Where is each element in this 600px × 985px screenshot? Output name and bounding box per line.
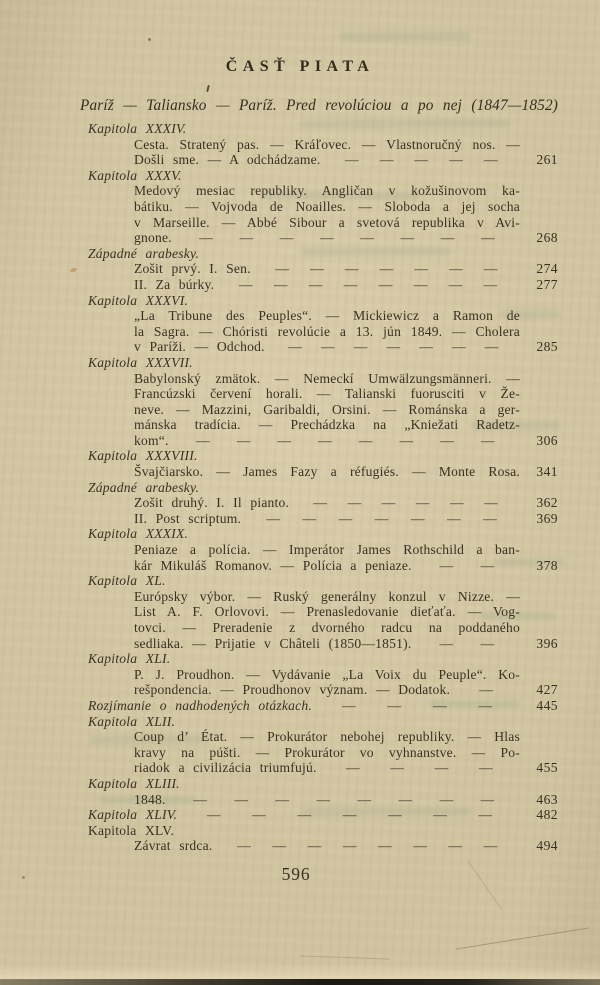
- toc-heading-line: Kapitola XLIV.———————482: [88, 807, 558, 823]
- leader-dash: —: [196, 433, 210, 449]
- page-edge-shadow: [0, 979, 600, 985]
- leader-dash: —: [414, 152, 428, 168]
- toc-heading-line: Kapitola XXXVIII.: [88, 448, 558, 464]
- toc-body-line: gnone.————————268: [88, 230, 558, 246]
- toc-line-text: Švajčiarsko. — James Fazy a réfugiés. — …: [134, 464, 520, 480]
- toc-line-text: Francúzski červení horali. — Talianski f…: [134, 386, 520, 402]
- leader-dash: —: [266, 511, 280, 527]
- leader-dash: —: [440, 792, 454, 808]
- leader-dash: —: [234, 792, 248, 808]
- dash-leader: ——————: [289, 495, 520, 511]
- toc-page-number: 369: [520, 511, 558, 527]
- leader-dash: —: [345, 261, 359, 277]
- leader-dash: —: [414, 277, 428, 293]
- dash-leader: ————————: [169, 433, 520, 449]
- ink-speck: [148, 38, 151, 41]
- toc-line-text: gnone.: [134, 230, 172, 246]
- leader-dash: —: [414, 261, 428, 277]
- leader-dash: —: [479, 682, 493, 698]
- toc-page-number: 482: [520, 807, 558, 823]
- dash-leader: ————————: [213, 838, 521, 854]
- toc-body-line: List A. F. Orlovovi. — Prenasledovanie d…: [88, 604, 558, 620]
- toc-line-text: Coup d’ État. — Prokurátor nebohej repub…: [134, 729, 520, 745]
- leader-dash: —: [484, 152, 498, 168]
- leader-dash: —: [435, 760, 449, 776]
- leader-dash: —: [382, 495, 396, 511]
- toc-line-text: Zošit druhý. I. Il pianto.: [134, 495, 289, 511]
- leader-dash: —: [439, 636, 453, 652]
- toc-line-text: Babylonský zmätok. — Nemeckí Umwälzungsm…: [134, 371, 520, 387]
- toc-page-number: 274: [520, 261, 558, 277]
- toc-heading-line: Západné arabesky.: [88, 480, 558, 496]
- toc-line-text: v Paríži. — Odchod.: [134, 339, 265, 355]
- leader-dash: —: [199, 230, 213, 246]
- leader-dash: —: [401, 230, 415, 246]
- toc-body-line: riadok a civilizácia triumfujú.————455: [88, 760, 558, 776]
- toc-page-number: 455: [520, 760, 558, 776]
- dash-leader: ————————: [172, 230, 520, 246]
- toc-page-number: 463: [520, 792, 558, 808]
- toc-body-line: sedliaka. — Prijatie v Châteli (1850—185…: [88, 636, 558, 652]
- toc-line-text: bátiku. — Vojvoda de Noailles. — Sloboda…: [134, 199, 520, 215]
- leader-dash: —: [481, 558, 495, 574]
- leader-dash: —: [313, 495, 327, 511]
- toc-line-text: Kapitola XLI.: [88, 651, 170, 667]
- leader-dash: —: [481, 433, 495, 449]
- toc-body-line: Došli sme. — A odchádzame.—————261: [88, 152, 558, 168]
- leader-dash: —: [348, 495, 362, 511]
- toc-body-line: Cesta. Stratený pas. — Kráľovec. — Vlast…: [88, 137, 558, 153]
- toc-page-number: 285: [520, 339, 558, 355]
- toc-line-text: Kapitola XXXVII.: [88, 355, 193, 371]
- toc-page-number: 306: [520, 433, 558, 449]
- ink-speck: [206, 85, 210, 92]
- leader-dash: —: [416, 495, 430, 511]
- toc-body-line: kom“.————————306: [88, 433, 558, 449]
- dash-leader: ———————: [241, 511, 520, 527]
- showthrough-smudge: [340, 32, 470, 41]
- leader-dash: —: [387, 339, 401, 355]
- toc-line-text: Kapitola XXXVIII.: [88, 448, 198, 464]
- toc-line-text: rešpondencia. — Proudhonov význam. — Dod…: [134, 682, 450, 698]
- toc-body-line: 1848.————————463: [88, 792, 558, 808]
- toc-line-text: tovci. — Preradenie z dvorného radcu na …: [134, 620, 520, 636]
- toc-line-text: Kapitola XLIV.: [88, 807, 177, 823]
- leader-dash: —: [297, 807, 311, 823]
- toc-body-line: v Marseille. — Abbé Sibour a svetová rep…: [88, 215, 558, 231]
- leader-dash: —: [380, 152, 394, 168]
- toc-line-text: riadok a civilizácia triumfujú.: [134, 760, 317, 776]
- leader-dash: —: [479, 760, 493, 776]
- leader-dash: —: [481, 792, 495, 808]
- toc-heading-line: Západné arabesky.: [88, 246, 558, 262]
- leader-dash: —: [318, 433, 332, 449]
- leader-dash: —: [388, 807, 402, 823]
- leader-dash: —: [441, 230, 455, 246]
- toc-line-text: Kapitola XLIII.: [88, 776, 180, 792]
- leader-dash: —: [278, 433, 292, 449]
- leader-dash: —: [354, 339, 368, 355]
- toc-line-text: Zošit prvý. I. Sen.: [134, 261, 251, 277]
- leader-dash: —: [413, 838, 427, 854]
- page-edge-highlight: [0, 964, 600, 980]
- toc-line-text: kravy na púšti. — Prokurátor vo vyhnanst…: [134, 745, 520, 761]
- leader-dash: —: [484, 277, 498, 293]
- toc-body-line: Švajčiarsko. — James Fazy a réfugiés. — …: [88, 464, 558, 480]
- toc-line-text: Rozjímanie o nadhodených otázkach.: [88, 698, 312, 714]
- dash-leader: ————: [317, 760, 520, 776]
- leader-dash: —: [449, 261, 463, 277]
- leader-dash: —: [484, 495, 498, 511]
- toc-line-text: mánska tradícia. — Prechádzka na „Knieža…: [134, 417, 520, 433]
- toc-line-text: Došli sme. — A odchádzame.: [134, 152, 320, 168]
- leader-dash: —: [439, 558, 453, 574]
- toc-line-text: Medový mesiac republiky. Angličan v kožu…: [134, 183, 520, 199]
- toc-line-text: Západné arabesky.: [88, 480, 199, 496]
- toc-body-line: Zošit prvý. I. Sen.———————274: [88, 261, 558, 277]
- toc-heading-line: Kapitola XLIII.: [88, 776, 558, 792]
- leader-dash: —: [308, 838, 322, 854]
- toc-body-line: Zošit druhý. I. Il pianto.——————362: [88, 495, 558, 511]
- leader-dash: —: [343, 838, 357, 854]
- toc-body-line: Európsky výbor. — Ruský generálny konzul…: [88, 589, 558, 605]
- toc-heading-line: Kapitola XLI.: [88, 651, 558, 667]
- toc-heading-line: Kapitola XXXIX.: [88, 526, 558, 542]
- toc-page-number: 396: [520, 636, 558, 652]
- toc-line-text: Západné arabesky.: [88, 246, 199, 262]
- toc-body-line: P. J. Proudhon. — Vydávanie „La Voix du …: [88, 667, 558, 683]
- toc-page-number: 427: [520, 682, 558, 698]
- toc-line-text: List A. F. Orlovovi. — Prenasledovanie d…: [134, 604, 520, 620]
- leader-dash: —: [280, 230, 294, 246]
- crease-line: [300, 955, 390, 959]
- dash-leader: ———————: [177, 807, 520, 823]
- toc-body-line: Coup d’ État. — Prokurátor nebohej repub…: [88, 729, 558, 745]
- dash-leader: ——: [412, 636, 520, 652]
- leader-dash: —: [390, 760, 404, 776]
- leader-dash: —: [478, 698, 492, 714]
- toc-line-text: Kapitola XLII.: [88, 714, 175, 730]
- leader-dash: —: [483, 511, 497, 527]
- toc-line-text: II. Za búrky.: [134, 277, 214, 293]
- toc-line-text: Kapitola XLV.: [88, 823, 174, 839]
- leader-dash: —: [342, 698, 356, 714]
- leader-dash: —: [399, 792, 413, 808]
- toc-body-line: Babylonský zmätok. — Nemeckí Umwälzungsm…: [88, 371, 558, 387]
- toc-heading-line: Kapitola XL.: [88, 573, 558, 589]
- leader-dash: —: [316, 792, 330, 808]
- toc-line-text: Kapitola XXXV.: [88, 168, 182, 184]
- part-title: ČASŤ PIATA: [0, 58, 600, 76]
- toc-line-text: Kapitola XXXIX.: [88, 526, 188, 542]
- toc-heading-line: Kapitola XXXVII.: [88, 355, 558, 371]
- leader-dash: —: [288, 339, 302, 355]
- dash-leader: ——: [412, 558, 520, 574]
- toc-line-text: la Sagra. — Chóristi revolúcie a 13. jún…: [134, 324, 520, 340]
- toc-heading-line: Rozjímanie o nadhodených otázkach.————44…: [88, 698, 558, 714]
- leader-dash: —: [239, 277, 253, 293]
- leader-dash: —: [346, 760, 360, 776]
- leader-dash: —: [447, 511, 461, 527]
- dash-leader: ———————: [251, 261, 520, 277]
- leader-dash: —: [419, 339, 433, 355]
- toc-page-number: 261: [520, 152, 558, 168]
- leader-dash: —: [481, 636, 495, 652]
- leader-dash: —: [343, 807, 357, 823]
- toc-line-text: Európsky výbor. — Ruský generálny konzul…: [134, 589, 520, 605]
- dash-leader: ———————: [265, 339, 520, 355]
- leader-dash: —: [303, 511, 317, 527]
- leader-dash: —: [359, 433, 373, 449]
- leader-dash: —: [440, 433, 454, 449]
- toc-page-number: 494: [520, 838, 558, 854]
- toc-line-text: Kapitola XXXVI.: [88, 293, 188, 309]
- leader-dash: —: [479, 807, 493, 823]
- toc-line-text: „La Tribune des Peuples“. — Mickiewicz a…: [134, 308, 520, 324]
- toc-body-line: v Paríži. — Odchod.———————285: [88, 339, 558, 355]
- leader-dash: —: [485, 339, 499, 355]
- toc-page-number: 268: [520, 230, 558, 246]
- leader-dash: —: [400, 433, 414, 449]
- leader-dash: —: [272, 838, 286, 854]
- leader-dash: —: [433, 807, 447, 823]
- toc-body-line: Závrat srdca.————————494: [88, 838, 558, 854]
- leader-dash: —: [237, 838, 251, 854]
- leader-dash: —: [344, 277, 358, 293]
- leader-dash: —: [309, 277, 323, 293]
- toc-body-line: kravy na púšti. — Prokurátor vo vyhnanst…: [88, 745, 558, 761]
- leader-dash: —: [375, 511, 389, 527]
- dash-leader: ————: [312, 698, 520, 714]
- toc-body-line: Francúzski červení horali. — Talianski f…: [88, 386, 558, 402]
- toc-line-text: P. J. Proudhon. — Vydávanie „La Voix du …: [134, 667, 520, 683]
- leader-dash: —: [380, 261, 394, 277]
- leader-dash: —: [275, 261, 289, 277]
- toc-page-number: 445: [520, 698, 558, 714]
- leader-dash: —: [321, 339, 335, 355]
- toc-line-text: Kapitola XXXIV.: [88, 121, 186, 137]
- toc-body-line: II. Post scriptum.———————369: [88, 511, 558, 527]
- toc-body-line: tovci. — Preradenie z dvorného radcu na …: [88, 620, 558, 636]
- leader-dash: —: [360, 230, 374, 246]
- leader-dash: —: [481, 230, 495, 246]
- leader-dash: —: [378, 838, 392, 854]
- toc-body-line: Medový mesiac republiky. Angličan v kožu…: [88, 183, 558, 199]
- leader-dash: —: [448, 838, 462, 854]
- toc-page-number: 341: [520, 464, 558, 480]
- toc-line-text: Peniaze a polícia. — Imperátor James Rot…: [134, 542, 520, 558]
- leader-dash: —: [449, 277, 463, 293]
- toc-heading-line: Kapitola XXXIV.: [88, 121, 558, 137]
- leader-dash: —: [450, 495, 464, 511]
- toc-line-text: 1848.: [134, 792, 166, 808]
- toc-page-number: 277: [520, 277, 558, 293]
- footer-page-number: 596: [0, 864, 592, 885]
- leader-dash: —: [207, 807, 221, 823]
- toc-body-line: neve. — Mazzini, Garibaldi, Orsini. — Ro…: [88, 402, 558, 418]
- toc-line-text: Cesta. Stratený pas. — Kráľovec. — Vlast…: [134, 137, 520, 153]
- toc-body-line: rešpondencia. — Proudhonov význam. — Dod…: [88, 682, 558, 698]
- toc-page-number: 362: [520, 495, 558, 511]
- toc-line-text: v Marseille. — Abbé Sibour a svetová rep…: [134, 215, 520, 231]
- toc-page-number: 378: [520, 558, 558, 574]
- toc-heading-line: Kapitola XLII.: [88, 714, 558, 730]
- toc-line-text: kár Mikuláš Romanov. — Polícia a peniaze…: [134, 558, 412, 574]
- toc-line-text: Kapitola XL.: [88, 573, 166, 589]
- toc: Kapitola XXXIV.Cesta. Stratený pas. — Kr…: [88, 121, 558, 854]
- ink-speck: [70, 267, 78, 273]
- part-subtitle: Paríž — Taliansko — Paríž. Pred revolúci…: [80, 97, 558, 115]
- toc-body-line: Peniaze a polícia. — Imperátor James Rot…: [88, 542, 558, 558]
- toc-line-text: Závrat srdca.: [134, 838, 213, 854]
- toc-body-line: „La Tribune des Peuples“. — Mickiewicz a…: [88, 308, 558, 324]
- leader-dash: —: [484, 261, 498, 277]
- dash-leader: ————————: [214, 277, 520, 293]
- dash-leader: ————————: [166, 792, 520, 808]
- dash-leader: —————: [320, 152, 520, 168]
- leader-dash: —: [275, 792, 289, 808]
- leader-dash: —: [411, 511, 425, 527]
- toc-line-text: sedliaka. — Prijatie v Châteli (1850—185…: [134, 636, 412, 652]
- leader-dash: —: [252, 807, 266, 823]
- leader-dash: —: [452, 339, 466, 355]
- toc-body-line: II. Za búrky.————————277: [88, 277, 558, 293]
- leader-dash: —: [345, 152, 359, 168]
- leader-dash: —: [449, 152, 463, 168]
- leader-dash: —: [379, 277, 393, 293]
- leader-dash: —: [339, 511, 353, 527]
- leader-dash: —: [274, 277, 288, 293]
- toc-heading-line: Kapitola XLV.: [88, 823, 558, 839]
- toc-line-text: II. Post scriptum.: [134, 511, 241, 527]
- crease-line: [456, 927, 589, 949]
- toc-heading-line: Kapitola XXXV.: [88, 168, 558, 184]
- dash-leader: —: [450, 682, 520, 698]
- leader-dash: —: [433, 698, 447, 714]
- leader-dash: —: [237, 433, 251, 449]
- leader-dash: —: [239, 230, 253, 246]
- toc-body-line: kár Mikuláš Romanov. — Polícia a peniaze…: [88, 558, 558, 574]
- leader-dash: —: [310, 261, 324, 277]
- leader-dash: —: [193, 792, 207, 808]
- toc-line-text: neve. — Mazzini, Garibaldi, Orsini. — Ro…: [134, 402, 520, 418]
- toc-body-line: mánska tradícia. — Prechádzka na „Knieža…: [88, 417, 558, 433]
- scanned-book-page: ČASŤ PIATA Paríž — Taliansko — Paríž. Pr…: [0, 0, 600, 985]
- leader-dash: —: [484, 838, 498, 854]
- toc-line-text: kom“.: [134, 433, 169, 449]
- toc-body-line: bátiku. — Vojvoda de Noailles. — Sloboda…: [88, 199, 558, 215]
- leader-dash: —: [358, 792, 372, 808]
- leader-dash: —: [320, 230, 334, 246]
- toc-heading-line: Kapitola XXXVI.: [88, 293, 558, 309]
- toc-body-line: la Sagra. — Chóristi revolúcie a 13. jún…: [88, 324, 558, 340]
- leader-dash: —: [387, 698, 401, 714]
